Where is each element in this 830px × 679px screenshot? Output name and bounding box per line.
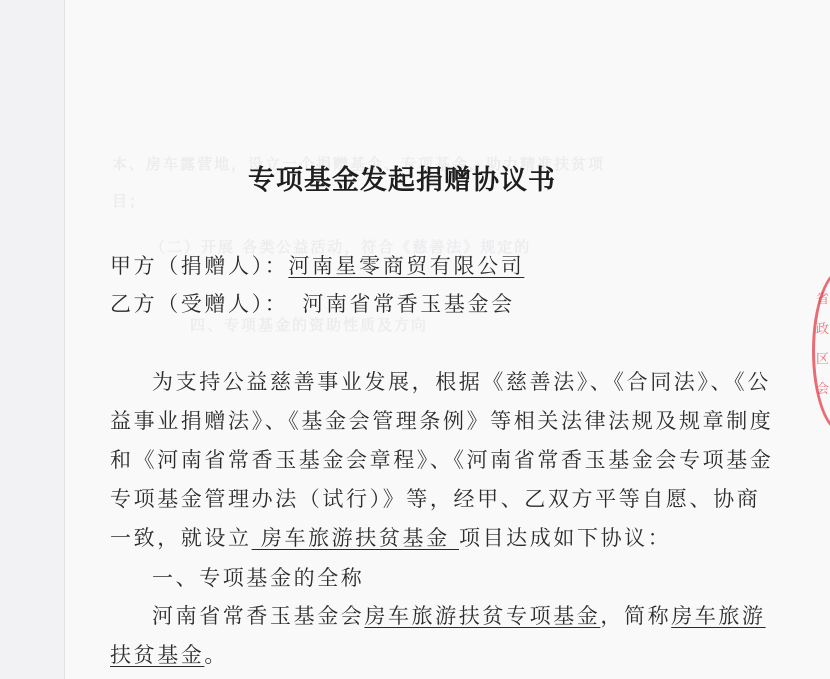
preamble-text: 一致，就设立 — [110, 526, 252, 550]
party-b-row: 乙方（受赠人）：河南省常香玉基金会 — [110, 288, 515, 318]
party-a-row: 甲方（捐赠人）：河南星零商贸有限公司 — [110, 250, 524, 280]
party-a-name: 河南星零商贸有限公司 — [288, 254, 524, 278]
preamble-text: 项目达成如下协议： — [459, 526, 671, 550]
foundation-name: 河南省常香玉基金会 — [152, 604, 364, 628]
party-b-name: 河南省常香玉基金会 — [302, 292, 514, 316]
preamble-line: 专项基金管理办法（试行）》等，经甲、乙双方平等自愿、协商 — [110, 483, 760, 513]
section-heading: 一、专项基金的全称 — [152, 562, 364, 592]
document-title: 专项基金发起捐赠协议书 — [248, 158, 556, 197]
period: 。 — [204, 643, 228, 667]
bleed-through-text: 目； — [112, 190, 146, 211]
preamble-line: 益事业捐赠法》、《基金会管理条例》等相关法律法规及规章制度 — [110, 405, 773, 435]
section-body-line: 扶贫基金。 — [110, 639, 228, 669]
seal-glyph: 政 — [816, 315, 830, 345]
fund-short-name-part1: 房车旅游 — [671, 604, 765, 628]
party-b-label: 乙方（受赠人）： — [110, 292, 288, 316]
seal-glyph: 省 — [816, 285, 830, 315]
scan-left-margin — [0, 0, 64, 679]
fund-short-name-part2: 扶贫基金 — [110, 643, 204, 667]
preamble-line: 和《河南省常香玉基金会章程》、《河南省常香玉基金会专项基金 — [110, 444, 773, 474]
preamble-line: 一致，就设立 房车旅游扶贫基金 项目达成如下协议： — [110, 522, 671, 552]
section-body-line: 河南省常香玉基金会房车旅游扶贫专项基金，简称房车旅游 — [152, 600, 766, 630]
abbrev-label: ，简称 — [600, 604, 671, 628]
party-a-label: 甲方（捐赠人）： — [110, 254, 288, 278]
fund-name-blank: 房车旅游扶贫基金 — [252, 526, 459, 550]
seal-glyph: 会 — [816, 375, 830, 405]
seal-text: 省 政 区 会 — [816, 285, 830, 405]
fund-full-name: 房车旅游扶贫专项基金 — [364, 604, 600, 628]
preamble-line: 为支持公益慈善事业发展，根据《慈善法》、《合同法》、《公 — [152, 366, 771, 396]
seal-glyph: 区 — [816, 345, 830, 375]
